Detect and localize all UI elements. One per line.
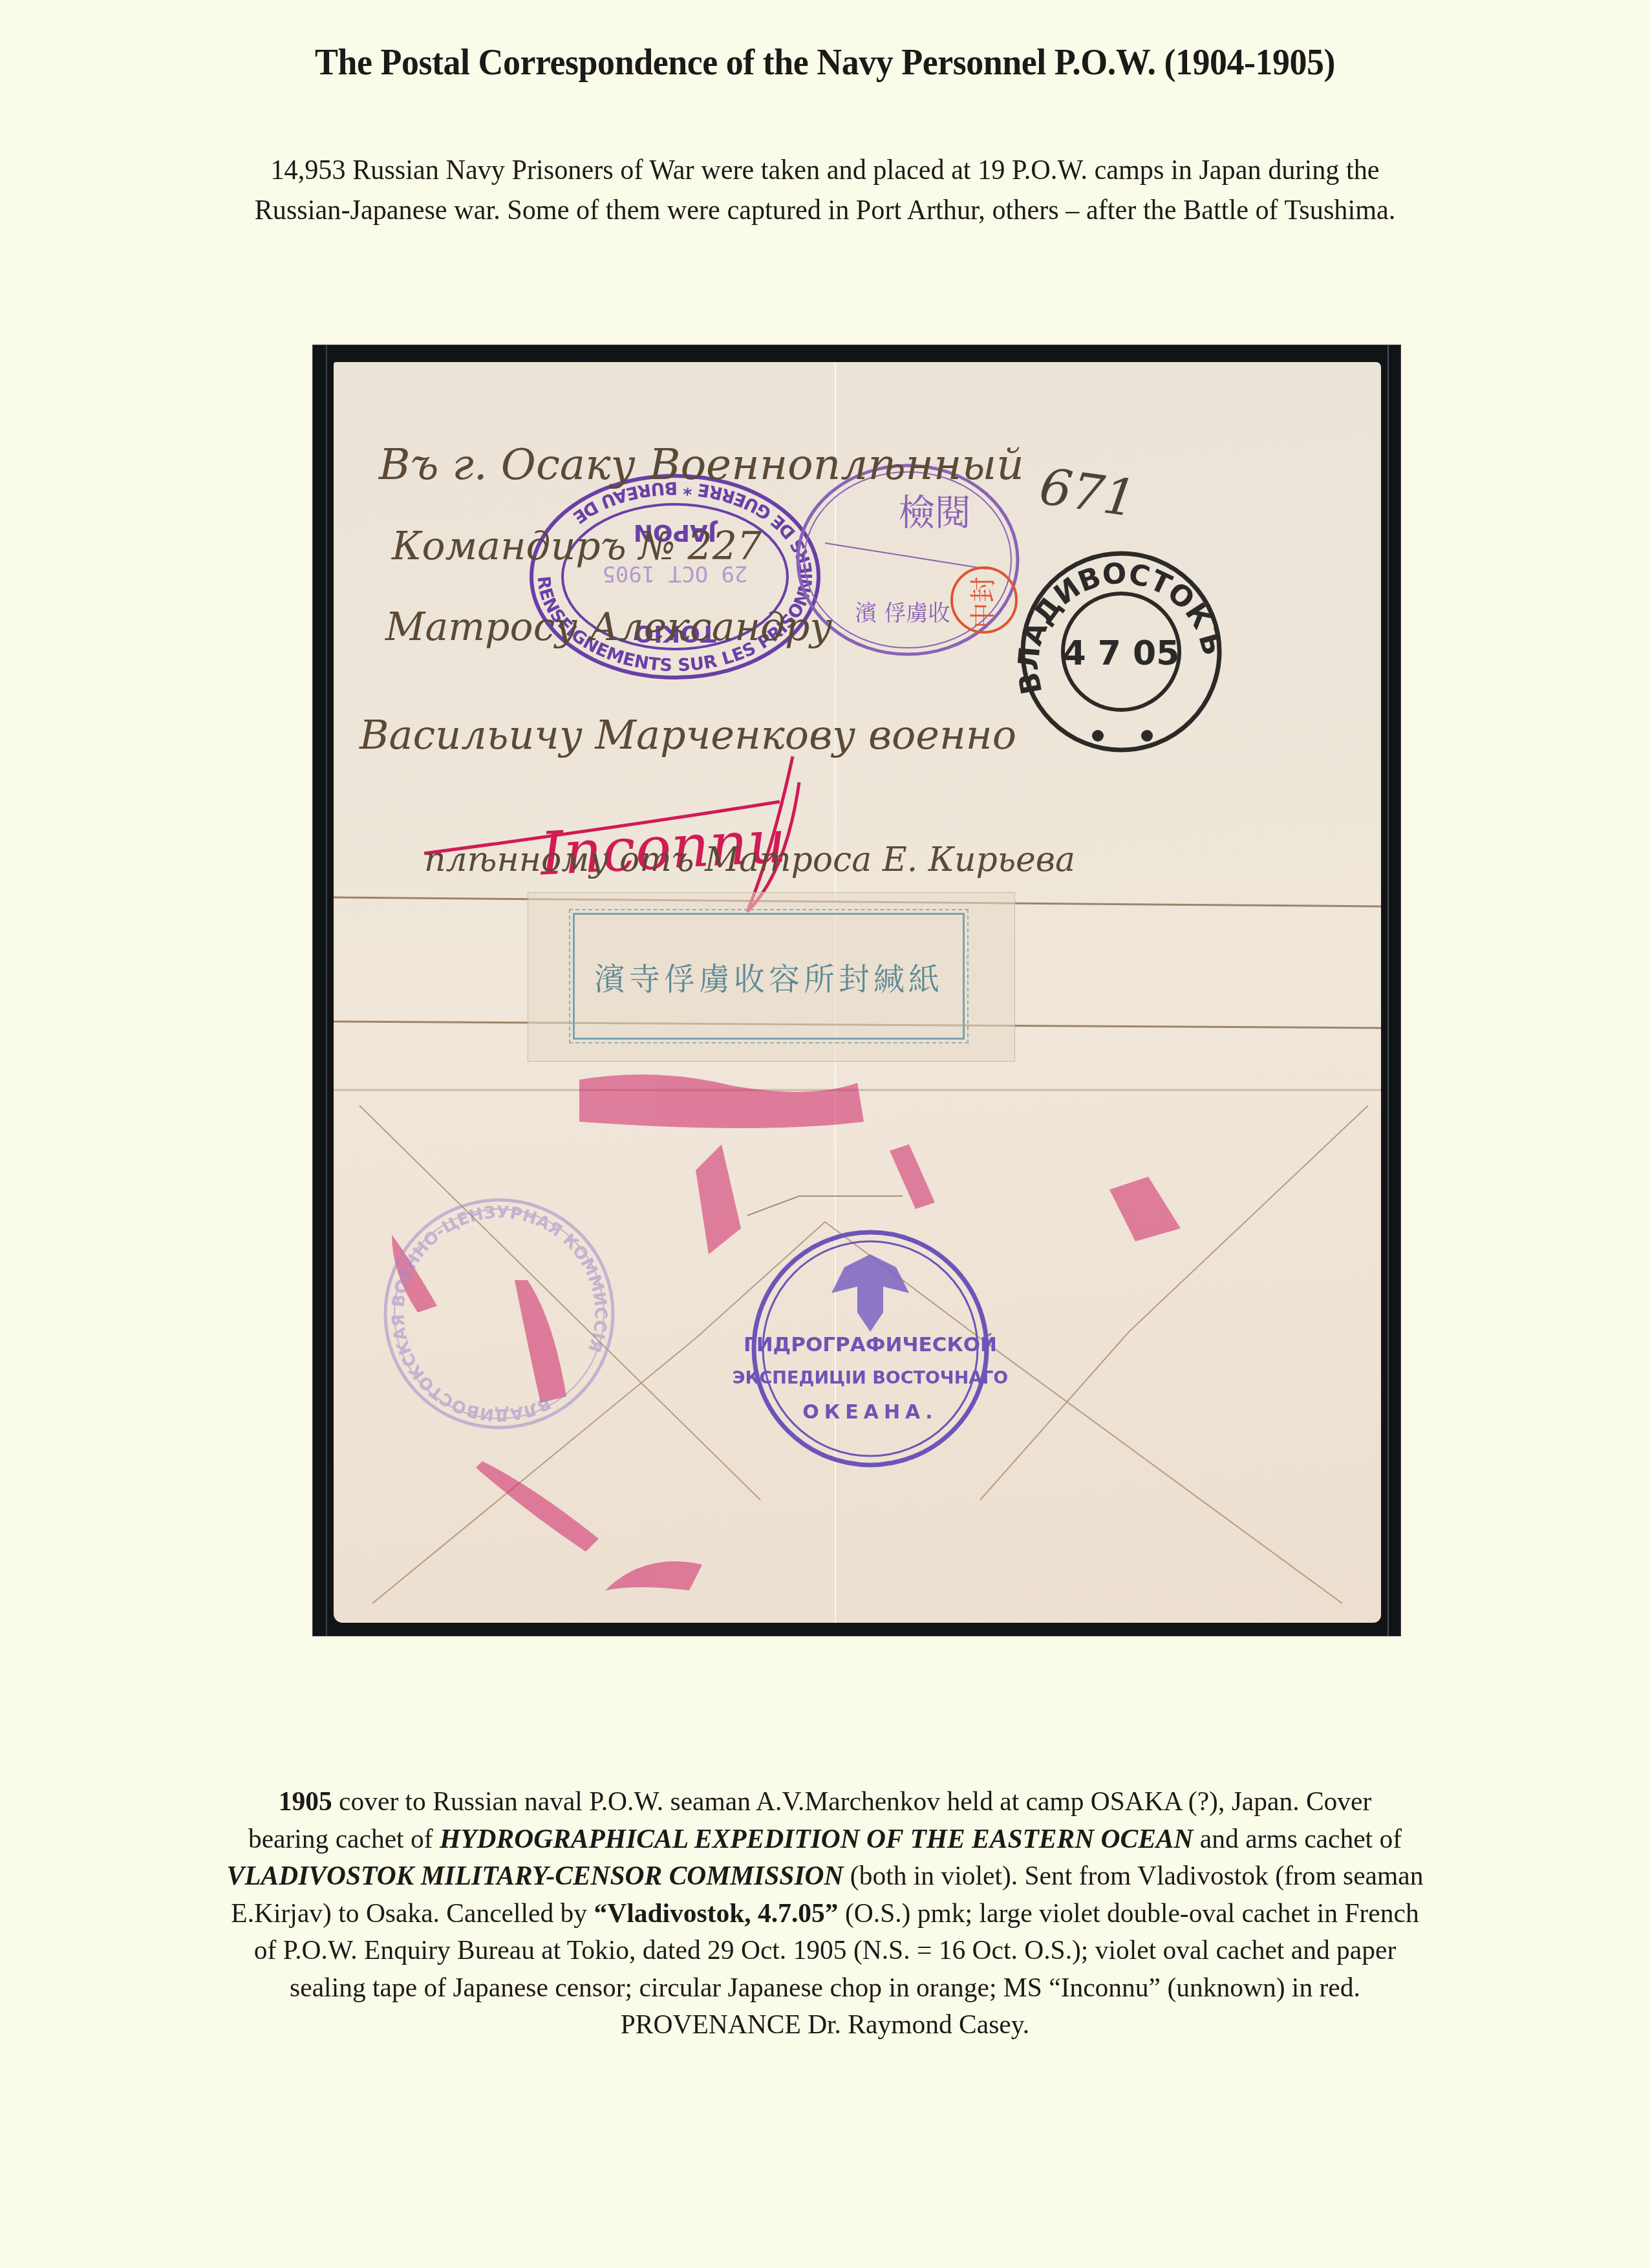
- address-line: Въ г. Осаку Военноплѣнный: [379, 440, 1024, 489]
- intro-line: 14,953 Russian Navy Prisoners of War wer…: [33, 150, 1617, 190]
- address-line: Матросу Александру: [385, 604, 832, 650]
- svg-text:濱 俘虜收: 濱 俘虜收: [855, 601, 950, 626]
- caption-emphasis: HYDROGRAPHICAL EXPEDITION OF THE EASTERN…: [440, 1824, 1194, 1854]
- caption-line: E.Kirjav) to Osaka. Cancelled by “Vladiv…: [29, 1895, 1622, 1932]
- intro-line: Russian-Japanese war. Some of them were …: [33, 190, 1617, 230]
- caption-text: (both in violet). Sent from Vladivostok …: [843, 1861, 1423, 1891]
- caption-line: sealing tape of Japanese censor; circula…: [29, 1969, 1622, 2007]
- hydrographic-expedition-cachet: ГИДРОГРАФИЧЕСКОЙ ЭКСПЕДИЦІИ ВОСТОЧНАГО О…: [733, 1232, 1009, 1465]
- caption-text: sealing tape of Japanese censor; circula…: [290, 1973, 1360, 2003]
- svg-text:4 7 05: 4 7 05: [1063, 634, 1180, 673]
- caption-text: and arms cachet of: [1194, 1824, 1402, 1854]
- address-line: Командиръ № 227: [392, 524, 762, 569]
- red-ink-smears: [392, 1075, 1181, 1590]
- docket-number: 671: [1036, 458, 1139, 529]
- caption-text: E.Kirjav) to Osaka. Cancelled by: [231, 1898, 594, 1929]
- caption-text: (O.S.) pmk; large violet double-oval cac…: [839, 1898, 1419, 1929]
- caption-text: cover to Russian naval P.O.W. seaman A.V…: [332, 1786, 1372, 1817]
- caption-line: of P.O.W. Enquiry Bureau at Tokio, dated…: [29, 1932, 1622, 1969]
- caption-text: bearing cachet of: [248, 1824, 440, 1854]
- vladivostok-postmark: ВЛАДИВОСТОКЪ 4 7 05: [1012, 553, 1229, 750]
- svg-text:ГИДРОГРАФИЧЕСКОЙ: ГИДРОГРАФИЧЕСКОЙ: [744, 1333, 997, 1356]
- cover-description: 1905 cover to Russian naval P.O.W. seama…: [29, 1783, 1622, 2044]
- vladivostok-censor-commission-cachet: ВЛАДИВОСТОКСКАЯ ВОЕННО-ЦЕНЗУРНАЯ КОММИСС…: [348, 1162, 651, 1465]
- svg-text:ЭКСПЕДИЦІИ ВОСТОЧНАГО: ЭКСПЕДИЦІИ ВОСТОЧНАГО: [733, 1368, 1009, 1388]
- cover-mount: 671 ВЛАДИВОСТОКЪ 4 7 05 RENSEIGNEMEN: [313, 345, 1400, 1636]
- svg-text:ВЛАДИВОСТОКСКАЯ ВОЕННО-ЦЕНЗУРН: ВЛАДИВОСТОКСКАЯ ВОЕННО-ЦЕНЗУРНАЯ КОММИСС…: [348, 1162, 651, 1465]
- imperial-eagle-icon: [831, 1254, 909, 1332]
- caption-emphasis: VLADIVOSTOK MILITARY-CENSOR COMMISSION: [227, 1861, 844, 1891]
- caption-line: PROVENANCE Dr. Raymond Casey.: [29, 2006, 1622, 2044]
- sealing-tape-label: 濱寺俘虜收容所封緘紙: [573, 913, 965, 1040]
- svg-text:ВЛАДИВОСТОКЪ: ВЛАДИВОСТОКЪ: [1012, 557, 1229, 697]
- page-title: The Postal Correspondence of the Navy Pe…: [58, 40, 1592, 83]
- caption-line: 1905 cover to Russian naval P.O.W. seama…: [29, 1783, 1622, 1821]
- intro-paragraph: 14,953 Russian Navy Prisoners of War wer…: [33, 150, 1617, 230]
- caption-emphasis: “Vladivostok, 4.7.05”: [594, 1898, 838, 1929]
- caption-text: PROVENANCE Dr. Raymond Casey.: [621, 2009, 1029, 2040]
- svg-text:中封: 中封: [969, 577, 998, 628]
- address-line: плѣнному отъ Матроса Е. Кирьева: [424, 840, 1075, 879]
- caption-line: bearing cachet of HYDROGRAPHICAL EXPEDIT…: [29, 1821, 1622, 1858]
- envelope-cover: 671 ВЛАДИВОСТОКЪ 4 7 05 RENSEIGNEMEN: [334, 362, 1381, 1623]
- svg-text:ОКЕАНА.: ОКЕАНА.: [802, 1401, 937, 1424]
- caption-emphasis: 1905: [279, 1786, 332, 1817]
- caption-line: VLADIVOSTOK MILITARY-CENSOR COMMISSION (…: [29, 1857, 1622, 1895]
- svg-text:檢閱: 檢閱: [899, 492, 971, 534]
- caption-text: of P.O.W. Enquiry Bureau at Tokio, dated…: [254, 1935, 1396, 1965]
- address-line: Васильичу Марченкову военно: [359, 711, 1016, 758]
